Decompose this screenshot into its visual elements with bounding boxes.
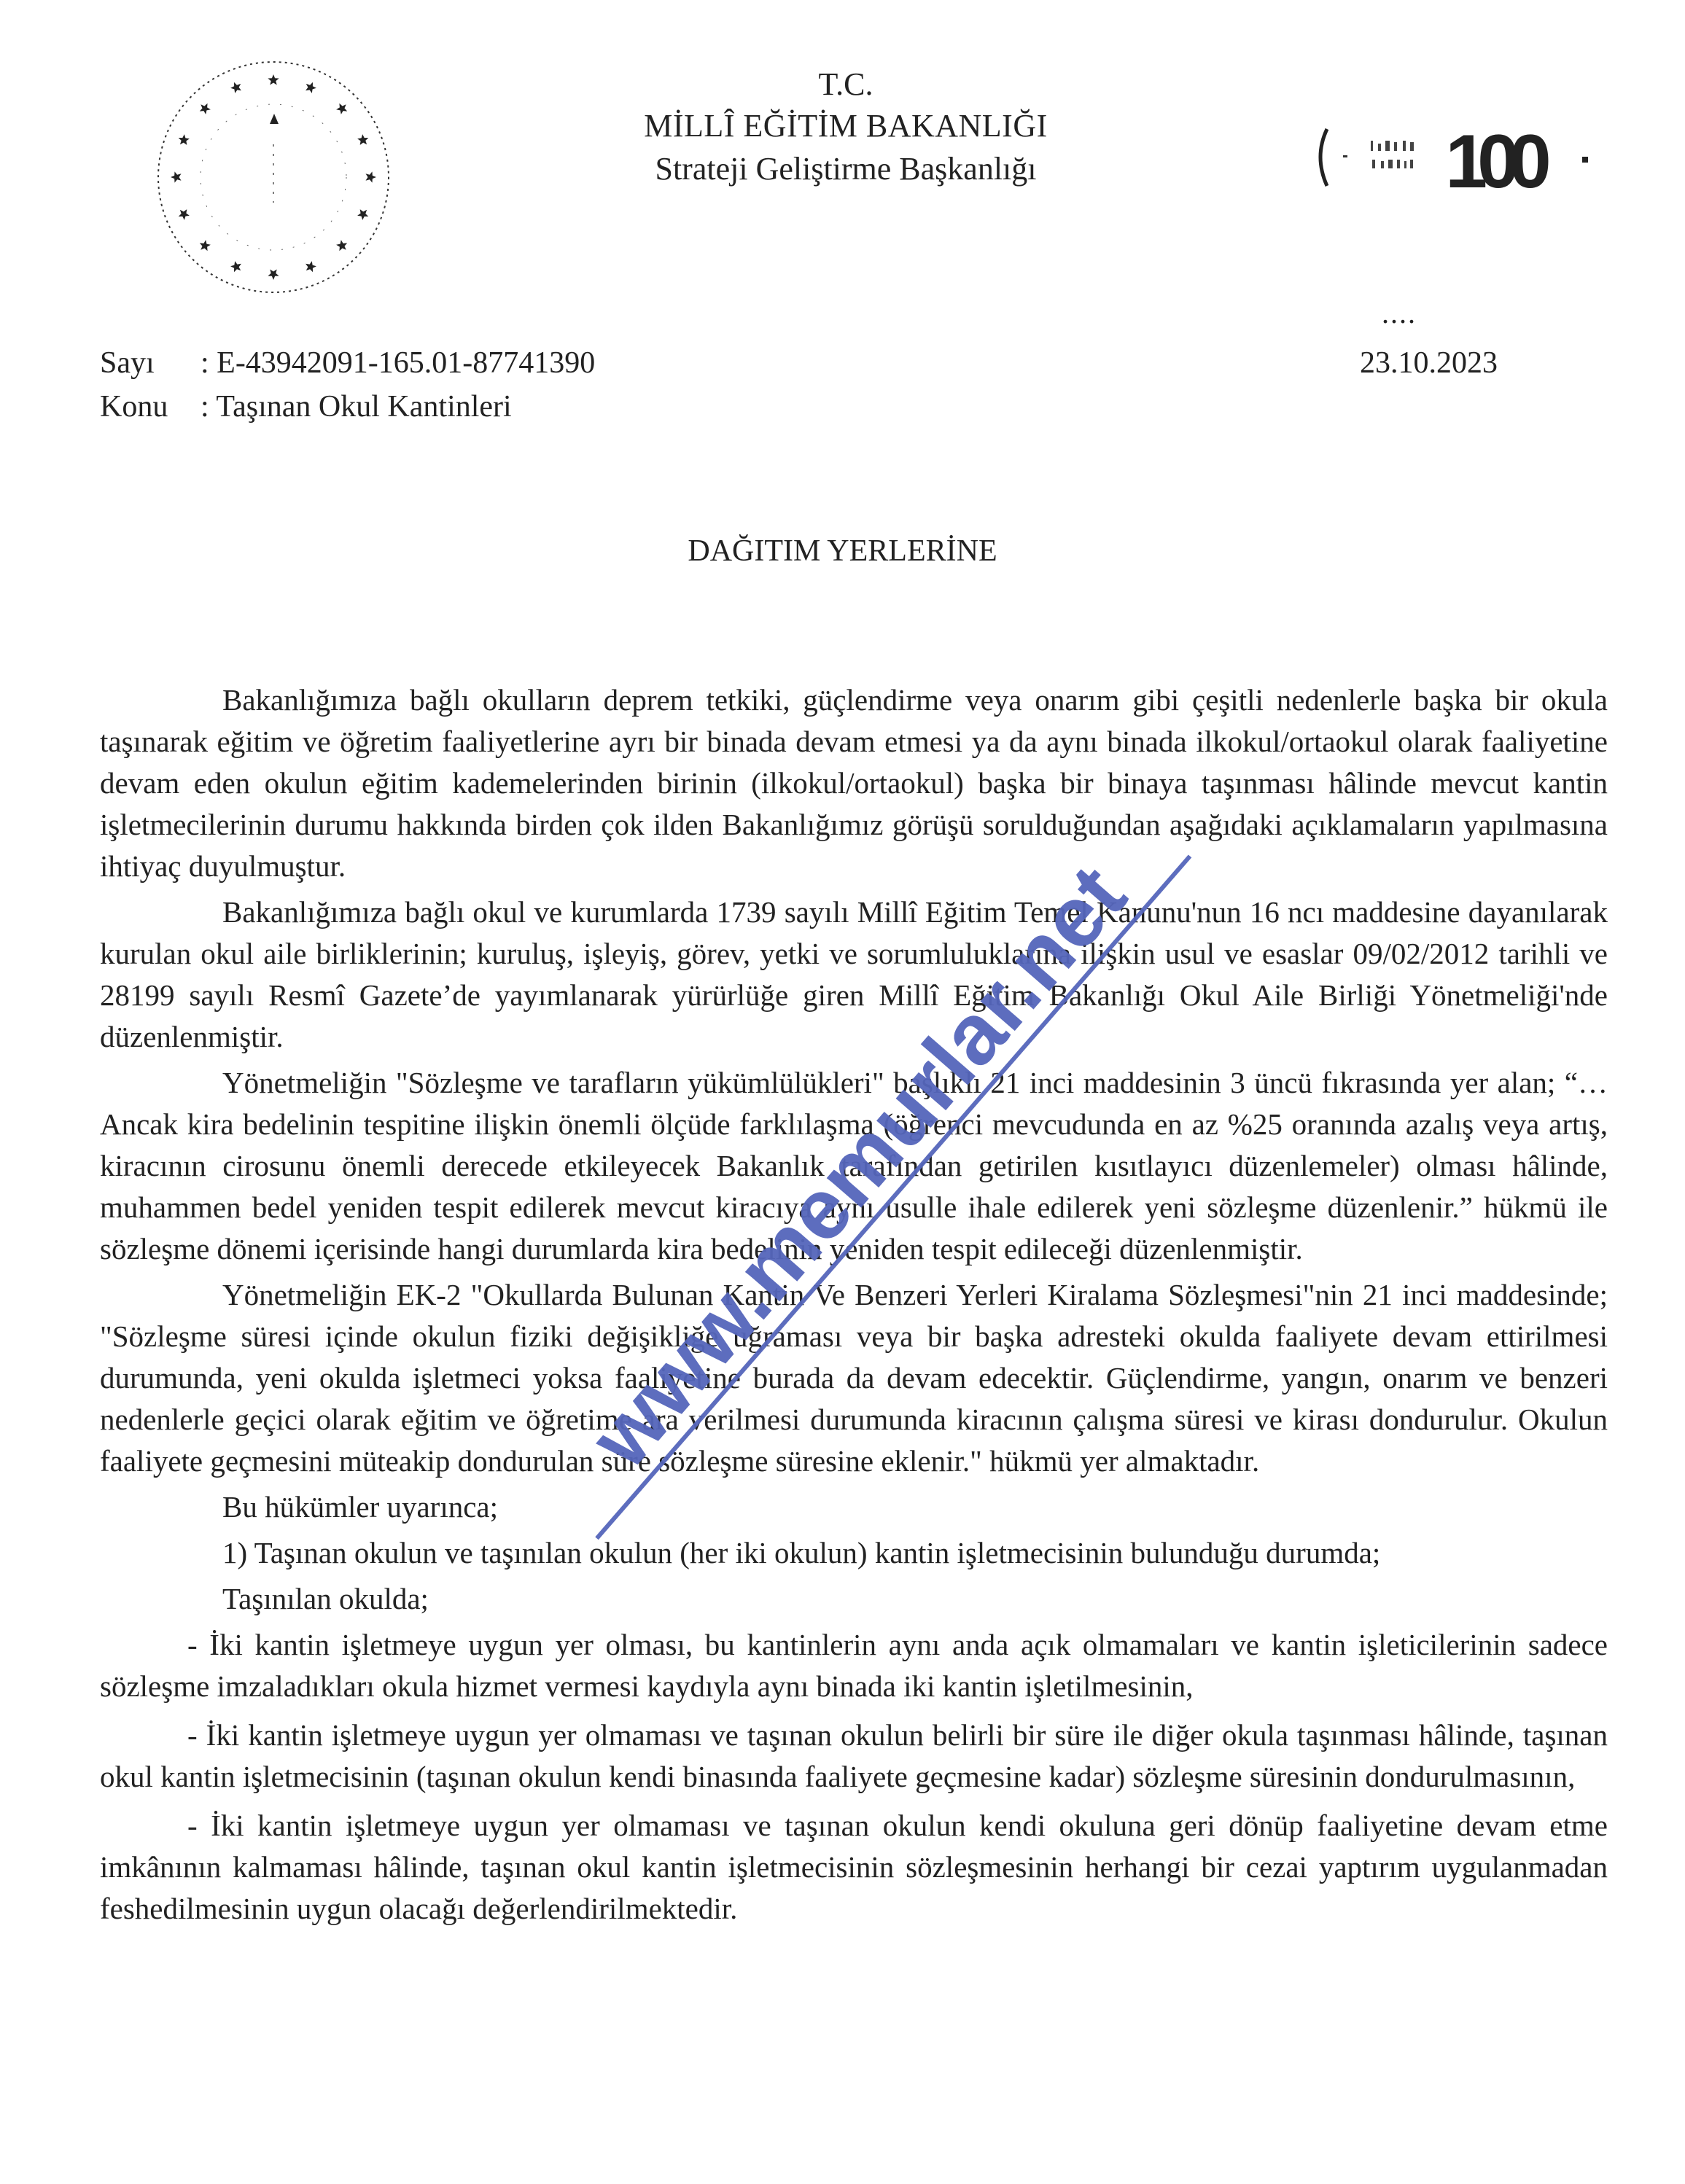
bullet-item: - İki kantin işletmeye uygun yer olmamas… — [100, 1715, 1608, 1798]
paragraph: Bakanlığımıza bağlı okulların deprem tet… — [100, 679, 1608, 887]
ministry-emblem-icon — [153, 57, 394, 297]
paragraph: Taşınılan okulda; — [100, 1578, 1608, 1620]
bullet-item: - İki kantin işletmeye uygun yer olmamas… — [100, 1805, 1608, 1930]
paragraph: Bakanlığımıza bağlı okul ve kurumlarda 1… — [100, 892, 1608, 1058]
paragraph: Yönetmeliğin "Sözleşme ve tarafların yük… — [100, 1062, 1608, 1270]
subject-value: : Taşınan Okul Kantinleri — [201, 390, 512, 424]
svg-text:100: 100 — [1445, 120, 1549, 200]
document-number-value: : E-43942091-165.01-87741390 — [201, 346, 595, 380]
document-number-label: Sayı — [100, 343, 201, 383]
turkiye-yuzyili-100-icon: 100 — [1312, 113, 1626, 200]
document-date: 23.10.2023 — [1360, 343, 1498, 383]
ministry-title: MİLLÎ EĞİTİM BAKANLIĞI — [554, 105, 1137, 147]
subject-row: Konu: Taşınan Okul Kantinleri — [100, 386, 512, 427]
reference-dots: .... — [1382, 299, 1417, 328]
document-number-row: Sayı: E-43942091-165.01-87741390 — [100, 343, 595, 383]
state-title: T.C. — [554, 64, 1137, 105]
letter-body: Bakanlığımıza bağlı okulların deprem tet… — [100, 679, 1608, 1934]
bullet-item: - İki kantin işletmeye uygun yer olması,… — [100, 1624, 1608, 1707]
paragraph: Bu hükümler uyarınca; — [100, 1486, 1608, 1528]
paragraph: Yönetmeliğin EK-2 "Okullarda Bulunan Kan… — [100, 1274, 1608, 1482]
department-title: Strateji Geliştirme Başkanlığı — [554, 147, 1137, 191]
subject-label: Konu — [100, 386, 201, 427]
paragraph: 1) Taşınan okulun ve taşınılan okulun (h… — [100, 1532, 1608, 1574]
addressee: DAĞITIM YERLERİNE — [0, 531, 1685, 572]
letterhead: T.C. MİLLÎ EĞİTİM BAKANLIĞI Strateji Gel… — [554, 64, 1137, 191]
